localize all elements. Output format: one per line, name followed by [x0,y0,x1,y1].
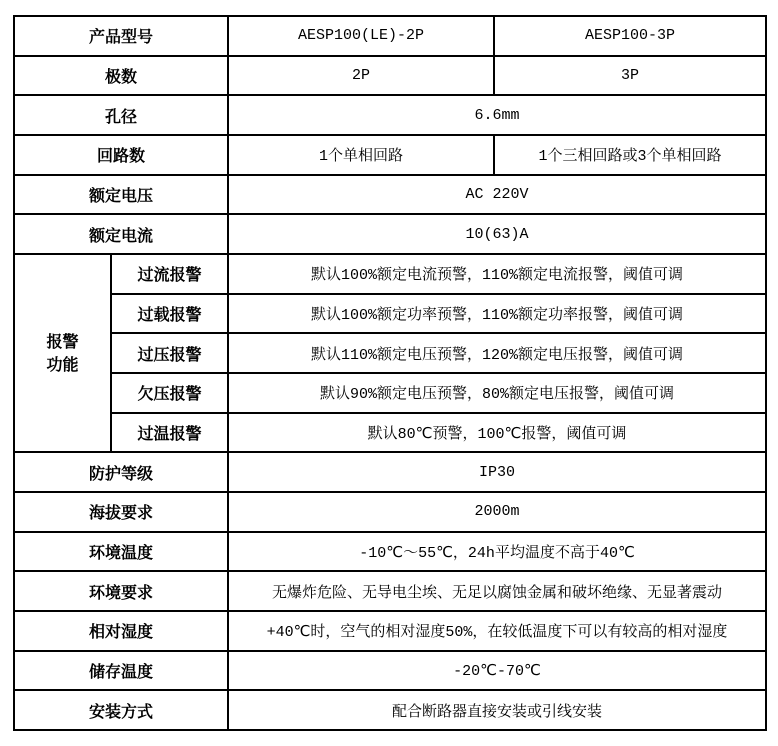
hole-diameter-value: 6.6mm [228,95,766,135]
humidity-value: +40℃时，空气的相对湿度50%，在较低温度下可以有较高的相对湿度 [228,611,766,651]
alarm-overcurrent-label: 过流报警 [111,254,228,294]
storage-temp-label: 储存温度 [14,651,228,691]
row-ambient-temp: 环境温度 -10℃～55℃，24h平均温度不高于40℃ [14,532,766,572]
rated-voltage-value: AC 220V [228,175,766,215]
row-storage-temp: 储存温度 -20℃-70℃ [14,651,766,691]
circuits-value-3p: 1个三相回路或3个单相回路 [494,135,766,175]
alarm-overtemp-desc: 默认80℃预警，100℃报警，阈值可调 [228,413,766,453]
environment-value: 无爆炸危险、无导电尘埃、无足以腐蚀金属和破坏绝缘、无显著震动 [228,571,766,611]
hole-diameter-label: 孔径 [14,95,228,135]
spec-table-container: 产品型号 AESP100(LE)-2P AESP100-3P 极数 2P 3P … [13,15,767,731]
poles-value-3p: 3P [494,56,766,96]
protection-label: 防护等级 [14,452,228,492]
row-hole-diameter: 孔径 6.6mm [14,95,766,135]
rated-current-value: 10(63)A [228,214,766,254]
storage-temp-value: -20℃-70℃ [228,651,766,691]
rated-current-label: 额定电流 [14,214,228,254]
alarm-overtemp-label: 过温报警 [111,413,228,453]
product-model-value-3p: AESP100-3P [494,16,766,56]
row-rated-current: 额定电流 10(63)A [14,214,766,254]
row-humidity: 相对湿度 +40℃时，空气的相对湿度50%，在较低温度下可以有较高的相对湿度 [14,611,766,651]
row-alarm-overtemp: 过温报警 默认80℃预警，100℃报警，阈值可调 [14,413,766,453]
alarm-overvoltage-label: 过压报警 [111,333,228,373]
row-product-model: 产品型号 AESP100(LE)-2P AESP100-3P [14,16,766,56]
alarm-overload-desc: 默认100%额定功率预警，110%额定功率报警，阈值可调 [228,294,766,334]
humidity-label: 相对湿度 [14,611,228,651]
row-environment: 环境要求 无爆炸危险、无导电尘埃、无足以腐蚀金属和破坏绝缘、无显著震动 [14,571,766,611]
alarm-overcurrent-desc: 默认100%额定电流预警，110%额定电流报警，阈值可调 [228,254,766,294]
row-alarm-undervoltage: 欠压报警 默认90%额定电压预警，80%额定电压报警，阈值可调 [14,373,766,413]
alarm-group-label-text: 报警功能 [45,330,80,376]
row-poles: 极数 2P 3P [14,56,766,96]
row-alarm-overvoltage: 过压报警 默认110%额定电压预警，120%额定电压报警，阈值可调 [14,333,766,373]
altitude-label: 海拔要求 [14,492,228,532]
product-model-label: 产品型号 [14,16,228,56]
poles-value-2p: 2P [228,56,494,96]
row-rated-voltage: 额定电压 AC 220V [14,175,766,215]
environment-label: 环境要求 [14,571,228,611]
row-alarm-overcurrent: 报警功能 过流报警 默认100%额定电流预警，110%额定电流报警，阈值可调 [14,254,766,294]
circuits-label: 回路数 [14,135,228,175]
product-model-value-2p: AESP100(LE)-2P [228,16,494,56]
row-alarm-overload: 过载报警 默认100%额定功率预警，110%额定功率报警，阈值可调 [14,294,766,334]
protection-value: IP30 [228,452,766,492]
row-installation: 安装方式 配合断路器直接安装或引线安装 [14,690,766,730]
installation-value: 配合断路器直接安装或引线安装 [228,690,766,730]
row-protection: 防护等级 IP30 [14,452,766,492]
row-altitude: 海拔要求 2000m [14,492,766,532]
product-spec-table: 产品型号 AESP100(LE)-2P AESP100-3P 极数 2P 3P … [13,15,767,731]
circuits-value-2p: 1个单相回路 [228,135,494,175]
alarm-overload-label: 过载报警 [111,294,228,334]
ambient-temp-value: -10℃～55℃，24h平均温度不高于40℃ [228,532,766,572]
alarm-overvoltage-desc: 默认110%额定电压预警，120%额定电压报警，阈值可调 [228,333,766,373]
ambient-temp-label: 环境温度 [14,532,228,572]
poles-label: 极数 [14,56,228,96]
installation-label: 安装方式 [14,690,228,730]
row-circuits: 回路数 1个单相回路 1个三相回路或3个单相回路 [14,135,766,175]
alarm-group-label: 报警功能 [14,254,111,452]
alarm-undervoltage-label: 欠压报警 [111,373,228,413]
altitude-value: 2000m [228,492,766,532]
alarm-undervoltage-desc: 默认90%额定电压预警，80%额定电压报警，阈值可调 [228,373,766,413]
rated-voltage-label: 额定电压 [14,175,228,215]
